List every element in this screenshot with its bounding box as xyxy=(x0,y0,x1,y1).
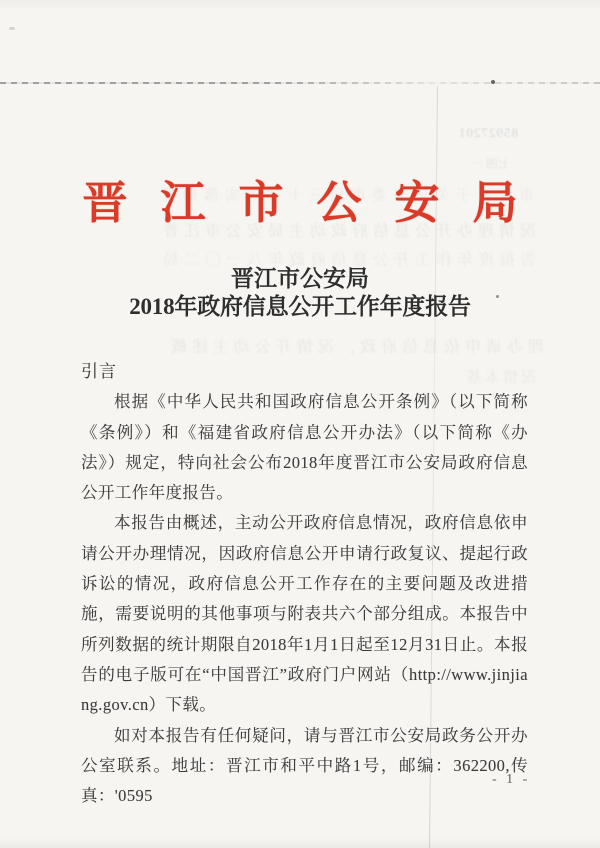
masthead-char: 公 xyxy=(317,166,362,231)
report-body: 引言 根据《中华人民共和国政府信息公开条例》（以下简称《条例》）和《福建省政府信… xyxy=(81,357,528,811)
bleedthrough-number: 85927201 xyxy=(436,125,518,141)
page-number: - 1 - xyxy=(492,772,530,788)
report-title-line1: 晋江市公安局 xyxy=(0,265,600,293)
masthead-char: 市 xyxy=(238,166,283,231)
ink-speck xyxy=(9,27,15,30)
masthead-char: 局 xyxy=(473,166,518,231)
agency-masthead-title: 晋 江 市 公 安 局 xyxy=(0,166,600,231)
scanned-document-page: 85927201 七图 一 市江晋于关记书委市届三十共中实落彻贯 况情理办开公息… xyxy=(0,0,600,848)
masthead-char: 晋 xyxy=(82,166,127,231)
masthead-char: 安 xyxy=(395,166,440,231)
horizontal-fold-crease xyxy=(0,82,600,84)
body-paragraph-basis: 根据《中华人民共和国政府信息公开条例》（以下简称《条例》）和《福建省政府信息公开… xyxy=(81,387,528,508)
ink-speck xyxy=(491,80,495,84)
body-paragraph-contact: 如对本报告有任何疑问，请与晋江市公安局政务公开办公室联系。地址：晋江市和平中路1… xyxy=(81,721,528,812)
report-title-line2: 2018年政府信息公开工作年度报告 xyxy=(0,293,600,321)
report-title: 晋江市公安局 2018年政府信息公开工作年度报告 xyxy=(0,265,600,321)
masthead-char: 江 xyxy=(160,166,205,231)
section-heading-intro: 引言 xyxy=(81,357,528,387)
bleedthrough-text: 理办请申依息信府政，况情开公动主述概 xyxy=(88,334,544,357)
body-paragraph-structure: 本报告由概述，主动公开政府信息情况，政府信息依申请公开办理情况，因政府信息公开申… xyxy=(81,508,528,720)
